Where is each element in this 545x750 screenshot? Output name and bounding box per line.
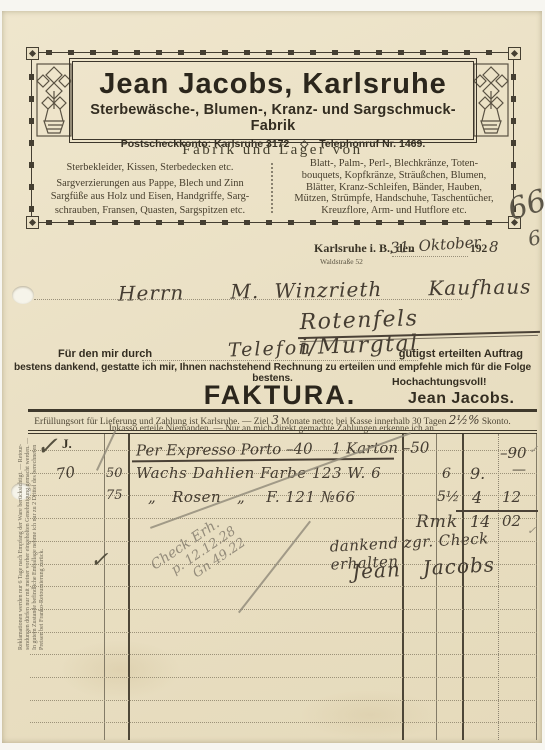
margin-note-line: In gutem Zustande befindliche Emballage …: [32, 412, 39, 650]
ornament-border-bottom: [38, 219, 508, 226]
table-column-line: [104, 434, 105, 740]
margin-note-line: sendungen dürfen nur mit meiner vorher e…: [25, 412, 32, 650]
divider-rule: [28, 430, 537, 431]
table-row-line: [30, 722, 537, 723]
underline-stroke: [456, 510, 538, 512]
row-amount-mark: 4: [472, 488, 482, 507]
table-row-line: [30, 609, 537, 610]
table-row-line: [30, 700, 537, 701]
street-address: Waldstraße 52: [320, 257, 363, 266]
corner-diamond-icon: [26, 47, 39, 60]
catalog-left-column: Sterbekleider, Kissen, Sterbedecken etc.…: [36, 161, 264, 217]
handwritten-year-digit: 8: [489, 238, 499, 256]
table-row-line: [30, 654, 537, 655]
table-column-line: [536, 434, 537, 740]
table-row-line: [30, 518, 537, 519]
faktura-title: FAKTURA.: [170, 380, 390, 411]
corner-diamond-icon: [26, 216, 39, 229]
catalog-line: Blatt-, Palm-, Perl-, Blechkränze, Toten…: [280, 158, 508, 170]
catalog-line: Sargverzierungen aus Pappe, Blech und Zi…: [36, 177, 264, 191]
closing-phrase: Hochachtungsvoll!: [392, 376, 487, 388]
catalog-line: bouquets, Kopfkränze, Sträußchen, Blumen…: [280, 170, 508, 182]
total-label: Rmk: [416, 512, 458, 532]
table-row-line: [30, 632, 537, 633]
intro-lead-right: gütigst erteilten Auftrag: [399, 348, 523, 360]
row-description: Wachs Dahlien Farbe 123 W. 6: [136, 464, 381, 482]
row-qty1: 70: [55, 463, 76, 483]
row-amount-pf: 12: [502, 488, 521, 506]
floral-ornament-icon: [473, 63, 509, 137]
company-title: Jean Jacobs, Karlsruhe: [73, 68, 473, 101]
catalog-heading: Fabrik und Lager von: [0, 142, 545, 159]
table-row-line: [30, 677, 537, 678]
ornament-border-left: [28, 58, 35, 220]
row-qty2: 75: [106, 488, 123, 503]
handwritten-order-method: Telefon: [228, 337, 313, 362]
margin-note-line: Preisen bei Franko-Retournierung zurück.: [39, 412, 46, 650]
row-unit-price: 5½: [437, 489, 459, 505]
column-label: J.: [62, 436, 72, 452]
row-amount-pf: —: [512, 462, 526, 478]
ornament-border-top: [38, 49, 508, 56]
table-row-line: [30, 586, 537, 587]
invoice-scan: Jean Jacobs, Karlsruhe Sterbewäsche-, Bl…: [0, 0, 545, 750]
margin-conditions-note: Reklamationen werden nur 6 Tage nach Emp…: [18, 412, 46, 650]
table-column-line: [402, 434, 404, 740]
row-qty2: 50: [106, 466, 123, 481]
intro-lead: Für den mir durch: [58, 348, 152, 360]
table-column-line: [498, 434, 499, 740]
total-mark: 14: [470, 512, 490, 531]
letterhead-box: Jean Jacobs, Karlsruhe Sterbewäsche-, Bl…: [72, 61, 474, 140]
punch-hole: [12, 286, 34, 304]
intro-blank-line: [142, 360, 418, 361]
recipient-blank-line: [34, 299, 462, 300]
table-column-line: [128, 434, 130, 740]
table-column-line: [436, 434, 437, 740]
printed-year: 192: [470, 243, 487, 255]
floral-ornament-icon: [36, 63, 72, 137]
corner-diamond-icon: [508, 47, 521, 60]
catalog-line: Kreuzflore, Arm- und Hutflore etc.: [280, 205, 508, 217]
catalog-line: Mützen, Strümpfe, Handschuhe, Taschentüc…: [280, 193, 508, 205]
divider-rule: [28, 409, 537, 412]
row-amount-mark: 9.: [470, 464, 485, 483]
company-subtitle: Sterbewäsche-, Blumen-, Kranz- und Sargs…: [73, 102, 473, 134]
row-unit-price: 6: [442, 466, 451, 482]
printed-signature: Jean Jacobs.: [408, 390, 515, 408]
margin-note-line: Reklamationen werden nur 6 Tage nach Emp…: [18, 412, 25, 650]
row-amount-pf: –90: [500, 444, 527, 462]
catalog-line: Sterbekleider, Kissen, Sterbedecken etc.: [36, 161, 264, 175]
table-column-line: [462, 434, 464, 740]
checkmark: ✓: [90, 548, 108, 573]
catalog-line: schrauben, Fransen, Quasten, Sargspitzen…: [36, 204, 264, 218]
catalog-divider: [271, 163, 273, 213]
catalog-line: Blätter, Kranz-Schleifen, Bänder, Hauben…: [280, 182, 508, 194]
catalog-line: Sargfüße aus Holz und Eisen, Handgriffe,…: [36, 190, 264, 204]
checkmark: ✓: [529, 443, 538, 456]
catalog-right-column: Blatt-, Palm-, Perl-, Blechkränze, Toten…: [280, 158, 508, 217]
